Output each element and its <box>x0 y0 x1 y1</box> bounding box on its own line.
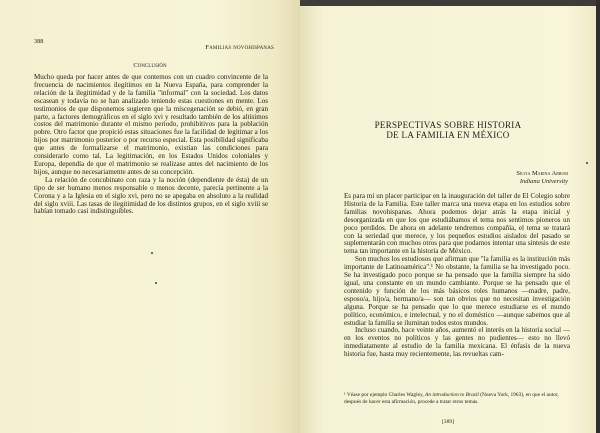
paragraph: Es para mí un placer participar en la in… <box>344 193 570 256</box>
paragraph: Incluso cuando, hace veinte años, aument… <box>344 327 570 359</box>
left-body-text: Mucho queda por hacer antes de que conte… <box>34 74 268 216</box>
running-head: Familias novohispanas <box>205 44 274 51</box>
footnote-book-title: An introduction to Brazil <box>425 392 479 398</box>
paragraph: Son muchos los estudiosos que afirman qu… <box>344 256 570 327</box>
author-block: Silvia Marina Arrom Indiana University <box>516 170 568 185</box>
scan-speck <box>151 252 153 254</box>
page-number: 388 <box>34 38 43 45</box>
right-body-text: Es para mí un placer participar en la in… <box>344 193 570 359</box>
paragraph: Mucho queda por hacer antes de que conte… <box>34 74 268 177</box>
chapter-title: PERSPECTIVAS SOBRE HISTORIA DE LA FAMILI… <box>300 120 596 140</box>
paragraph: La relación de concubinato con raza y la… <box>34 177 268 217</box>
chapter-title-line: DE LA FAMILIA EN MÉXICO <box>300 130 596 140</box>
left-page: 388 Familias novohispanas Conclusión Muc… <box>0 0 300 433</box>
scan-speck <box>586 162 588 164</box>
author-name: Silvia Marina Arrom <box>516 170 568 178</box>
footnote: ¹ Véase por ejemplo Charles Wagley, An i… <box>344 392 570 405</box>
scan-border <box>596 0 600 433</box>
folio: [389] <box>300 419 596 425</box>
scan-speck <box>155 282 157 284</box>
author-affiliation: Indiana University <box>516 178 568 186</box>
chapter-title-line: PERSPECTIVAS SOBRE HISTORIA <box>300 120 596 130</box>
section-heading: Conclusión <box>0 62 300 69</box>
footnote-text: Véase por ejemplo Charles Wagley, <box>346 392 425 398</box>
right-page: PERSPECTIVAS SOBRE HISTORIA DE LA FAMILI… <box>300 6 596 433</box>
